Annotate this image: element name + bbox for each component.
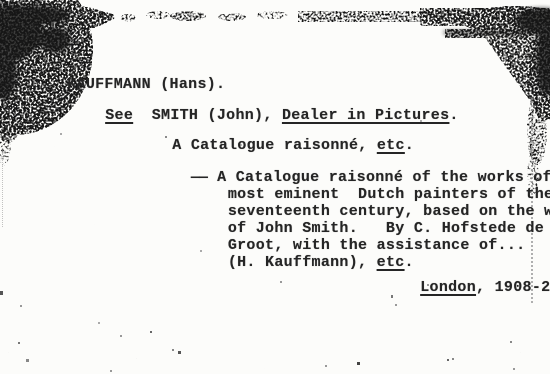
imprint-line: London, 1908-27. (383, 262, 550, 313)
imprint-dates: , 1908-27. (476, 279, 550, 296)
scan-streak-left-edge (2, 145, 3, 227)
imprint-place: London (420, 279, 476, 296)
catalog-card-scan: KAUFFMANN (Hans). See SMITH (John), Deal… (0, 0, 550, 374)
entry-line-6: (H. Kauffmann), etc. (172, 237, 414, 288)
see-label: See (105, 107, 133, 124)
see-period: . (449, 107, 458, 124)
entry-line-6-text: (H. Kauffmann), (228, 254, 377, 271)
